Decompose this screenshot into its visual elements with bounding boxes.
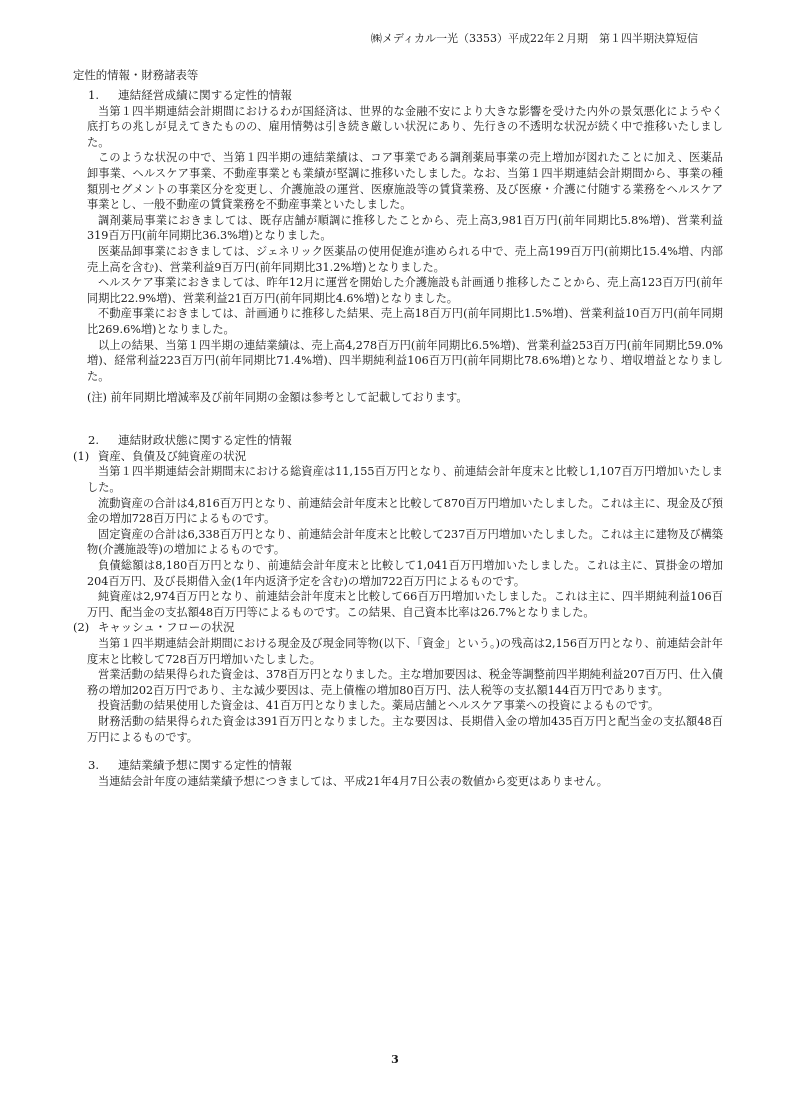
paragraph: 固定資産の合計は6,338百万円となり、前連結会計年度末と比較して237百万円増… — [73, 527, 723, 558]
paragraph: 当第１四半期連結会計期間における現金及び現金同等物(以下、「資金」という。)の残… — [73, 636, 723, 667]
section-1-title: 連結経営成績に関する定性的情報 — [118, 87, 292, 104]
subsection-2-title: キャッシュ・フローの状況 — [98, 620, 234, 636]
section-3-heading: 3. 連結業績予想に関する定性的情報 — [73, 757, 723, 774]
document-body: 定性的情報・財務諸表等 1. 連結経営成績に関する定性的情報 当第１四半期連結会… — [73, 68, 723, 790]
paragraph: 当第１四半期連結会計期間におけるわが国経済は、世界的な金融不安により大きな影響を… — [73, 104, 723, 151]
subsection-2-number: (2) — [73, 620, 98, 636]
subsection-1-number: (1) — [73, 449, 98, 465]
subsection-1-heading: (1) 資産、負債及び純資産の状況 — [73, 449, 723, 465]
paragraph: 投資活動の結果使用した資金は、41百万円となりました。薬局店舗とヘルスケア事業へ… — [73, 698, 723, 714]
subsection-2-heading: (2) キャッシュ・フローの状況 — [73, 620, 723, 636]
section-2-title: 連結財政状態に関する定性的情報 — [118, 432, 292, 449]
section-2-number: 2. — [88, 432, 118, 449]
section-3-number: 3. — [88, 757, 118, 774]
paragraph: 不動産事業におきましては、計画通りに推移した結果、売上高18百万円(前年同期比1… — [73, 306, 723, 337]
paragraph: 当第１四半期連結会計期間末における総資産は11,155百万円となり、前連結会計年… — [73, 464, 723, 495]
paragraph: 純資産は2,974百万円となり、前連結会計年度末と比較して66百万円増加いたしま… — [73, 589, 723, 620]
paragraph: 流動資産の合計は4,816百万円となり、前連結会計年度末と比較して870百万円増… — [73, 496, 723, 527]
section-1-number: 1. — [88, 87, 118, 104]
paragraph: 営業活動の結果得られた資金は、378百万円となりました。主な増加要因は、税金等調… — [73, 667, 723, 698]
section-3-title: 連結業績予想に関する定性的情報 — [118, 757, 292, 774]
paragraph: 調剤薬局事業におきましては、既存店舗が順調に推移したことから、売上高3,981百… — [73, 213, 723, 244]
footnote: (注) 前年同期比増減率及び前年同期の金額は参考として記載しております。 — [73, 390, 723, 406]
paragraph: このような状況の中で、当第１四半期の連結業績は、コア事業である調剤薬局事業の売上… — [73, 150, 723, 212]
spacer — [73, 406, 723, 432]
paragraph: 医薬品卸事業におきましては、ジェネリック医薬品の使用促進が進められる中で、売上高… — [73, 244, 723, 275]
paragraph: 財務活動の結果得られた資金は391百万円となりました。主な要因は、長期借入金の増… — [73, 714, 723, 745]
page-number: 3 — [0, 1052, 790, 1068]
page-header: ㈱メディカル一光（3353）平成22年２月期 第１四半期決算短信 — [371, 31, 698, 47]
section-2-heading: 2. 連結財政状態に関する定性的情報 — [73, 432, 723, 449]
section-1-heading: 1. 連結経営成績に関する定性的情報 — [73, 87, 723, 104]
paragraph: 負債総額は8,180百万円となり、前連結会計年度末と比較して1,041百万円増加… — [73, 558, 723, 589]
spacer — [73, 745, 723, 757]
paragraph: 当連結会計年度の連結業績予想につきましては、平成21年4月7日公表の数値から変更… — [73, 774, 723, 790]
paragraph: 以上の結果、当第１四半期の連結業績は、売上高4,278百万円(前年同期比6.5%… — [73, 338, 723, 385]
subsection-1-title: 資産、負債及び純資産の状況 — [98, 449, 246, 465]
document-title: 定性的情報・財務諸表等 — [73, 68, 723, 84]
paragraph: ヘルスケア事業におきましては、昨年12月に運営を開始した介護施設も計画通り推移し… — [73, 275, 723, 306]
